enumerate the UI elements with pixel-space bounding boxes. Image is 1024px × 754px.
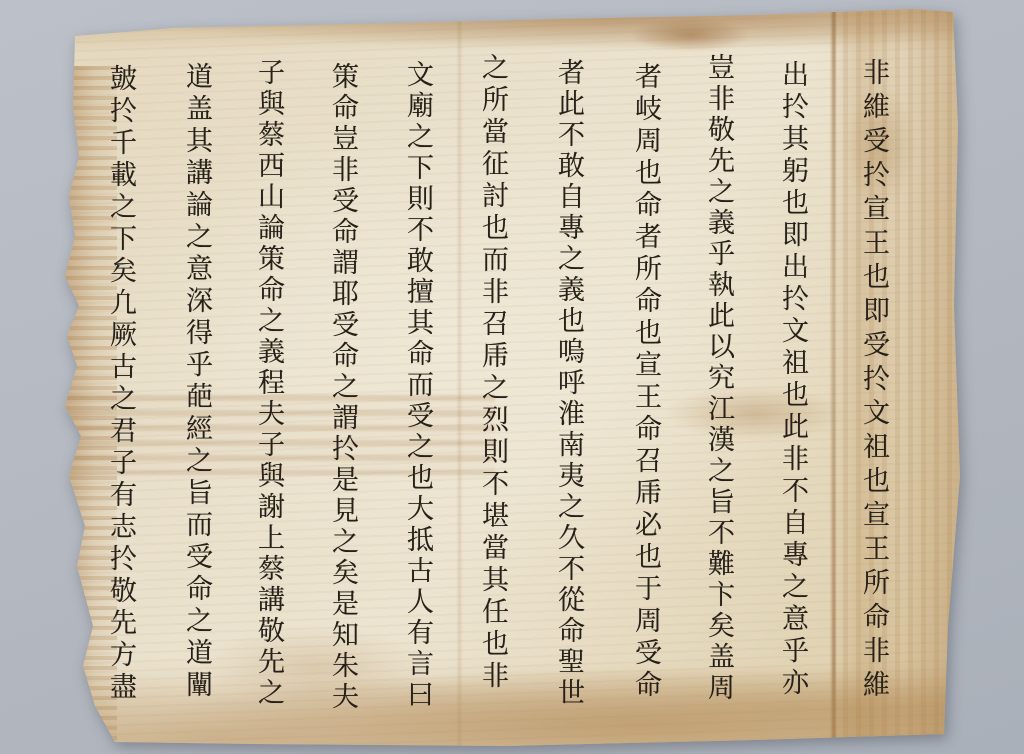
text-column-4: 者岐周也命者所命也宣王命召乕必也于周受命: [628, 62, 662, 702]
text-column-5: 者此不敢自專之義也嗚呼淮南夷之久不從命聖世: [551, 58, 585, 709]
text-column-10: 道盖其講論之意深得乎葩經之旨而受命之道闡: [179, 62, 213, 702]
text-column-2: 出扵其躬也即出扵文祖也此非不自專之意乎亦: [775, 60, 809, 700]
paper-stain-blotch: [205, 626, 425, 706]
paper-stain-top-edge: [55, 6, 960, 52]
text-column-11: 皷扵千載之下矣凢厥古之君子有志扵敬先方盡: [103, 64, 137, 704]
paper-stain-right-strip: [830, 6, 960, 748]
paper-stain-right-streak: [665, 386, 845, 441]
text-column-6: 之所當征討也而非召乕之烈則不堪當其任也非: [475, 53, 509, 693]
text-column-9: 子與蔡西山論策命之義程夫子與謝上蔡講敬先之: [251, 58, 285, 709]
manuscript-page: 非維受扵宣王也即受扵文祖也宣王所命非維 出扵其躬也即出扵文祖也此非不自專之意乎亦…: [55, 6, 960, 748]
paper-stain-blotch: [630, 18, 750, 52]
paper-shadow-wrap: 非維受扵宣王也即受扵文祖也宣王所命非維 出扵其躬也即出扵文祖也此非不自專之意乎亦…: [0, 0, 1024, 754]
text-column-3: 豈非敬先之義乎執此以究江漢之旨不難卞矣盖周: [701, 53, 735, 704]
text-column-8: 策命豈非受命謂耶受命之謂扵是見之矣是知朱夫: [325, 62, 359, 713]
paper-crease-right: [832, 6, 836, 748]
text-column-1: 非維受扵宣王也即受扵文祖也宣王所命非維: [856, 58, 890, 704]
photo-background: 非維受扵宣王也即受扵文祖也宣王所命非維 出扵其躬也即出扵文祖也此非不自專之意乎亦…: [0, 0, 1024, 754]
text-column-7: 文廟之下則不敢擅其命而受之也大抵古人有言曰: [400, 60, 434, 711]
paper-crease-center: [458, 6, 461, 748]
